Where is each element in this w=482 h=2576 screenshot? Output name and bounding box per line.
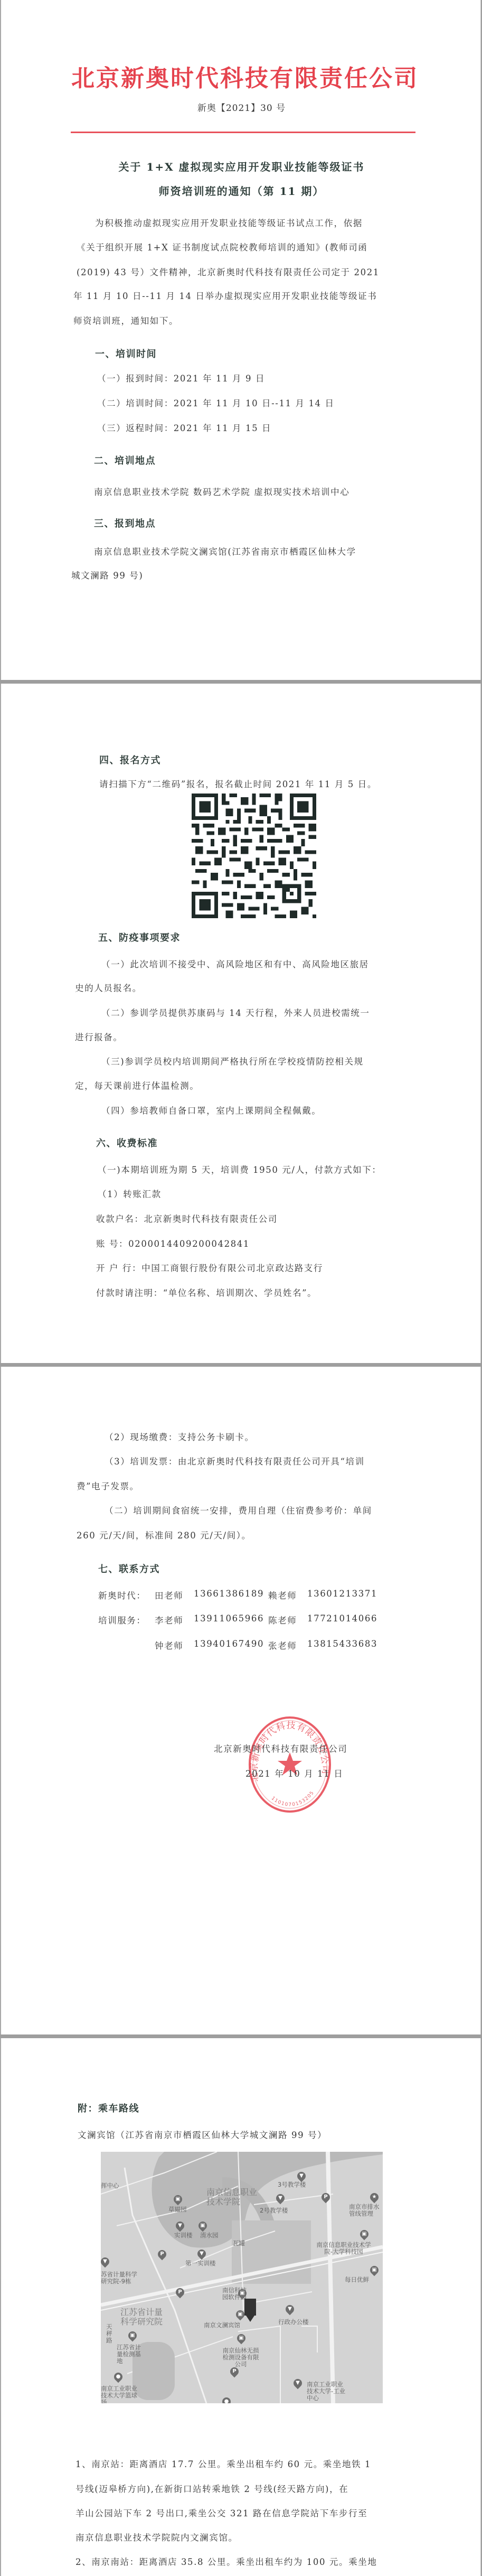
contact-phone[interactable]: 17721014066 (307, 1613, 377, 1623)
map-label: 南京工业职业技术大学-工业中心 (307, 2381, 349, 2402)
intro-line: 为积极推动虚拟现实应用开发职业技能等级证书试点工作，依据 (95, 216, 363, 229)
bank-name: 开 户 行：中国工商银行股份有限公司北京政达路支行 (96, 1261, 323, 1274)
route-line: 羊山公园站下车 2 号出口,乘坐公交 321 路在信息学院站下车步行至 (75, 2506, 367, 2519)
invoice-line: 费”电子发票。 (77, 1479, 139, 1492)
intro-line: 《关于组织开展 1+X 证书制度试点院校教师培训的通知》(教师司函 (77, 240, 367, 253)
invoice-line: （3）培训发票：由北京新奥时代科技有限责任公司开具“培训 (105, 1454, 365, 1467)
map-label: 南京信息职业技术学院-大学科技园 (315, 2242, 373, 2255)
letterhead-divider (71, 132, 415, 133)
epidemic-line: 定，每天课前进行体温检测。 (75, 1079, 199, 1091)
parking-icon: P (229, 2366, 241, 2378)
map-label: 天秤路 (106, 2323, 114, 2345)
route-text-area: 1、南京站：距离酒店 17.7 公里。乘坐出租车约 60 元。乘坐地铁 1 号线… (0, 2403, 481, 2576)
fee-description: （一)本期培训班为期 5 天，培训费 1950 元/人，付款方式如下： (98, 1163, 381, 1175)
map-pin-icon: ▼ (292, 2377, 304, 2390)
route-line: 号线(迈皋桥方向),在新街口站转乘地铁 2 号线(经天路方向)，在 (75, 2482, 348, 2495)
time-item: （三）返程时间：2021 年 11 月 15 日 (97, 421, 271, 434)
section-heading-registration: 四、报名方式 (99, 753, 161, 767)
page-1: 北京新奥时代科技有限责任公司 新奥【2021】30 号 关于 1+X 虚拟现实应… (0, 0, 481, 680)
map-pin-icon: ▼ (174, 2220, 186, 2232)
contact-name: 李老师 (155, 1613, 183, 1626)
onsite-payment: （2）现场缴费：支持公务卡刷卡。 (105, 1430, 254, 1443)
route-line: 2、南京南站：距离酒店 35.8 公里。乘坐出租车约为 100 元。乘坐地 (75, 2555, 377, 2568)
section-heading-location: 二、培训地点 (94, 453, 156, 467)
document-title-line1: 关于 1+X 虚拟现实应用开发职业技能等级证书 (1, 158, 482, 174)
map-label: 苏省计量科学研究院-9栋 (101, 2271, 140, 2285)
map-pin-icon: ▼ (284, 2303, 296, 2316)
intro-line: 年 11 月 10 日--11 月 14 日举办虚拟现实应用开发职业技能等级证书 (73, 289, 377, 302)
map-label: 3号教学楼 (278, 2181, 306, 2188)
epidemic-line: （三)参训学员校内培训期间严格执行所在学校疫情防控相关规 (101, 1054, 364, 1067)
parking-icon: P (156, 2248, 168, 2261)
time-item: （一）报到时间：2021 年 11 月 9 日 (97, 371, 265, 384)
intro-line: (2019) 43 号）文件精神，北京新奥时代科技有限责任公司定于 2021 (77, 265, 380, 278)
map-label: 第一实训楼 (185, 2260, 216, 2267)
map-label: 南京工业职业技术大学篮球场 (101, 2385, 138, 2403)
lodging-line: （二）培训期间食宿统一安排，费用自理（住宿费参考价：单间 (105, 1504, 372, 1516)
map-label: 南京市排水管线管理 (349, 2204, 383, 2217)
map-label: 行政办公楼 (278, 2319, 309, 2326)
contact-phone[interactable]: 13601213371 (307, 1589, 377, 1599)
account-name: 收款户名：北京新奥时代科技有限责任公司 (96, 1212, 278, 1225)
company-letterhead: 北京新奥时代科技有限责任公司 (71, 59, 417, 93)
epidemic-line: （一）此次培训不接受中、高风险地区和有中、高风险地区旅居 (101, 957, 369, 970)
document-title-line2: 师资培训班的通知（第 11 期） (1, 183, 482, 198)
contact-name: 张老师 (268, 1639, 297, 1651)
map-pin-icon: ▣ (172, 2194, 184, 2206)
page-2: 四、报名方式 请扫描下方“二维码”报名，报名截止时间 2021 年 11 月 5… (0, 684, 481, 1363)
contact-name: 赖老师 (268, 1589, 297, 1601)
document-number: 新奥【2021】30 号 (1, 100, 482, 114)
section-heading-checkin: 三、报到地点 (94, 516, 156, 530)
contact-group: 新奥时代： (98, 1589, 146, 1601)
map-label: 每日优鲜 (345, 2276, 369, 2283)
intro-line: 师资培训班，通知如下。 (73, 314, 178, 326)
map-pin-icon: ● (112, 2371, 125, 2383)
map-pin-icon: ▣ (237, 2288, 249, 2300)
map-label: 瓦罐 (233, 2240, 245, 2247)
map-label: 南京信息职业技术学院 (206, 2188, 264, 2207)
registration-qr-code[interactable] (191, 794, 317, 918)
route-map[interactable]: 挥中心 南京信息职业技术学院 草韫园 实训楼 淯水园 瓦罐 第一实训楼 苏省计量… (101, 2152, 383, 2403)
time-item: （二）培训时间：2021 年 11 月 10 日--11 月 14 日 (97, 396, 335, 409)
transfer-label: （1）转账汇款 (98, 1187, 162, 1200)
map-label: 草韫园 (168, 2206, 187, 2213)
contact-name: 陈老师 (268, 1613, 297, 1626)
map-label: 实训楼 (174, 2232, 193, 2239)
lodging-line: 260 元/天/间，标准间 280 元/天/间）。 (77, 1528, 251, 1541)
contact-phone[interactable]: 13815433683 (307, 1639, 377, 1649)
payment-remark: 付款时请注明：“单位名称、培训期次、学员姓名”。 (96, 1286, 317, 1299)
map-pin-icon: ▼ (196, 2248, 208, 2260)
checkin-address-line: 城文澜路 99 号) (71, 568, 143, 581)
map-pin-icon: ▣ (358, 2228, 371, 2241)
epidemic-line: 进行报备。 (75, 1030, 123, 1043)
signature-date: 2021 年 10 月 11 日 (245, 1767, 343, 1779)
hotel-marker-arrow-icon (246, 2316, 254, 2322)
parking-icon: P (174, 2286, 186, 2299)
contact-name: 钟老师 (155, 1639, 183, 1651)
map-pin-icon: ▣ (197, 2220, 209, 2232)
company-seal-icon: 北京新奥时代科技有限责任公司 1101070153205 (248, 1715, 332, 1814)
account-number: 账 号：0200014409200042841 (96, 1237, 250, 1249)
map-label-hotel: 南京文澜宾馆 (204, 2322, 240, 2329)
map-label: 江苏省计量科学研究院 (120, 2308, 168, 2327)
checkin-address-line: 南京信息职业技术学院文澜宾馆(江苏省南京市栖霞区仙林大学 (94, 545, 356, 557)
parking-icon: P (320, 2191, 332, 2204)
map-pin-icon: ▣ (127, 2330, 139, 2342)
map-pin-icon: ▼ (275, 2192, 287, 2205)
page-3: （2）现场缴费：支持公务卡刷卡。 （3）培训发票：由北京新奥时代科技有限责任公司… (0, 1367, 481, 2034)
hotel-pin-icon: ▣ (234, 2309, 247, 2321)
map-pin-icon: ★ (368, 2191, 381, 2204)
hotel-address: 文澜宾馆（江苏省南京市栖霞区仙林大学城文澜路 99 号） (78, 2128, 327, 2141)
map-pin-icon: ▼ (296, 2170, 308, 2182)
section-heading-time: 一、培训时间 (95, 347, 157, 360)
signature-company: 北京新奥时代科技有限责任公司 (214, 1742, 347, 1754)
contact-phone[interactable]: 13911065966 (194, 1613, 264, 1623)
route-line: 1、南京站：距离酒店 17.7 公里。乘坐出租车约 60 元。乘坐地铁 1 (75, 2457, 371, 2470)
epidemic-line: （二）参训学员提供苏康码与 14 天行程，外来人员进校需统一 (101, 1006, 370, 1019)
map-label: 2号教学楼 (260, 2207, 288, 2214)
map-label: 江苏省计量检测基地 (117, 2344, 143, 2365)
contact-phone[interactable]: 13661386189 (194, 1589, 264, 1599)
route-line: 南京信息职业技术学院院内文澜宾馆。 (75, 2531, 238, 2543)
epidemic-line: 史的人员报名。 (75, 981, 142, 994)
contact-name: 田老师 (155, 1589, 183, 1601)
contact-group: 培训服务： (98, 1613, 146, 1626)
contact-phone[interactable]: 13940167490 (194, 1639, 264, 1649)
appendix-heading: 附：乘车路线 (78, 2101, 139, 2115)
section-heading-contact: 七、联系方式 (98, 1562, 160, 1575)
training-location: 南京信息职业技术学院 数码艺术学院 虚拟现实技术培训中心 (94, 485, 349, 498)
map-pin-icon: ▣ (235, 2332, 248, 2345)
epidemic-line: （四）参培教师自备口罩，室内上课期间全程佩戴。 (101, 1104, 321, 1116)
map-label: 挥中心 (101, 2182, 119, 2189)
map-label: 淯水园 (200, 2232, 219, 2239)
map-pin-icon: ▣ (368, 2264, 381, 2276)
section-heading-fees: 六、收费标准 (96, 1136, 158, 1150)
hotel-marker-icon[interactable] (244, 2299, 256, 2316)
map-label: 南京仙林无损检测设备有限公司 (220, 2347, 262, 2368)
registration-instruction: 请扫描下方“二维码”报名，报名截止时间 2021 年 11 月 5 日。 (99, 777, 377, 790)
section-heading-epidemic: 五、防疫事项要求 (98, 930, 181, 944)
